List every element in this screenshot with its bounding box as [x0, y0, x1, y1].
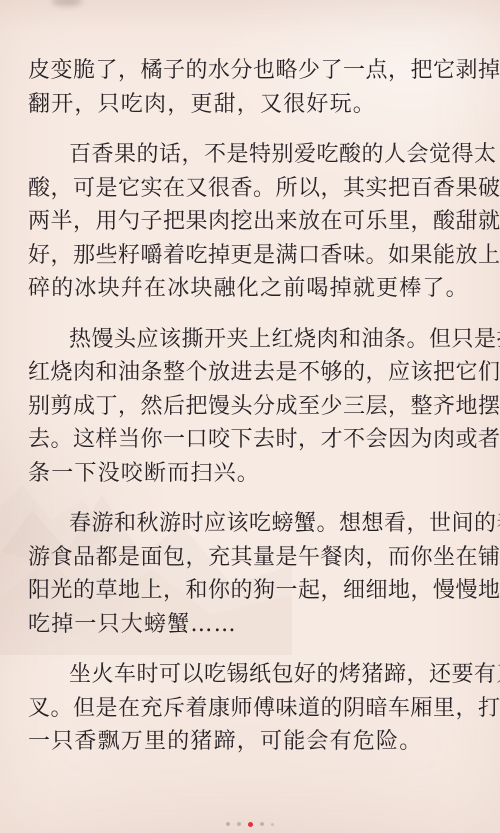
- text-line: 叉。但是在充斥着康师傅味道的阴暗车厢里，打开: [28, 692, 472, 726]
- text-line: 好，那些籽嚼着吃掉更是满口香味。如果能放上打: [28, 239, 472, 273]
- text-line: 碎的冰块幷在冰块融化之前喝掉就更棒了。: [28, 272, 472, 306]
- text-line: 别剪成丁，然后把馒头分成至少三层，整齐地摆进: [28, 390, 472, 424]
- text-line: 条一下没咬断而扫兴。: [28, 457, 472, 491]
- paragraph: 百香果的话，不是特别爱吃酸的人会觉得太 酸，可是它实在又很香。所以，其实把百香果…: [28, 138, 472, 306]
- text-line: 热馒头应该撕开夹上红烧肉和油条。但只是把: [28, 323, 472, 357]
- text-line: 皮变脆了，橘子的水分也略少了一点，把它剥掉，: [28, 54, 472, 88]
- page-text[interactable]: 皮变脆了，橘子的水分也略少了一点，把它剥掉， 翻开，只吃肉，更甜，又很好玩。 百…: [28, 0, 472, 759]
- text-line: 吃掉一只大螃蟹……: [28, 608, 472, 642]
- text-line: 阳光的草地上，和你的狗一起，细细地，慢慢地，: [28, 574, 472, 608]
- text-line: 翻开，只吃肉，更甜，又很好玩。: [28, 88, 472, 122]
- text-line: 两半，用勺子把果肉挖出来放在可乐里，酸甜就正: [28, 205, 472, 239]
- paragraph: 热馒头应该撕开夹上红烧肉和油条。但只是把 红烧肉和油条整个放进去是不够的，应该把…: [28, 323, 472, 491]
- book-page[interactable]: 皮变脆了，橘子的水分也略少了一点，把它剥掉， 翻开，只吃肉，更甜，又很好玩。 百…: [0, 0, 500, 833]
- text-line: 红烧肉和油条整个放进去是不够的，应该把它们分: [28, 356, 472, 390]
- text-line: 坐火车时可以吃锡纸包好的烤猪蹄，还要有刀: [28, 658, 472, 692]
- paragraph: 春游和秋游时应该吃螃蟹。想想看，世间的春 游食品都是面包，充其量是午餐肉，而你坐…: [28, 507, 472, 641]
- text-line: 酸，可是它实在又很香。所以，其实把百香果破成: [28, 172, 472, 206]
- pagination-dot-active: [248, 822, 253, 827]
- carousel-pagination: [0, 821, 500, 827]
- text-line: 一只香飘万里的猪蹄，可能会有危险。: [28, 725, 472, 759]
- pagination-dot: [260, 822, 264, 826]
- paragraph: 坐火车时可以吃锡纸包好的烤猪蹄，还要有刀 叉。但是在充斥着康师傅味道的阴暗车厢里…: [28, 658, 472, 759]
- pagination-dot: [226, 822, 230, 826]
- text-line: 春游和秋游时应该吃螃蟹。想想看，世间的春: [28, 507, 472, 541]
- paragraph: 皮变脆了，橘子的水分也略少了一点，把它剥掉， 翻开，只吃肉，更甜，又很好玩。: [28, 54, 472, 121]
- text-line: 去。这样当你一口咬下去时，才不会因为肉或者油: [28, 423, 472, 457]
- pagination-dot: [271, 823, 274, 826]
- text-line: 百香果的话，不是特别爱吃酸的人会觉得太: [28, 138, 472, 172]
- pagination-dot: [237, 822, 241, 826]
- text-line: 游食品都是面包，充其量是午餐肉，而你坐在铺满: [28, 541, 472, 575]
